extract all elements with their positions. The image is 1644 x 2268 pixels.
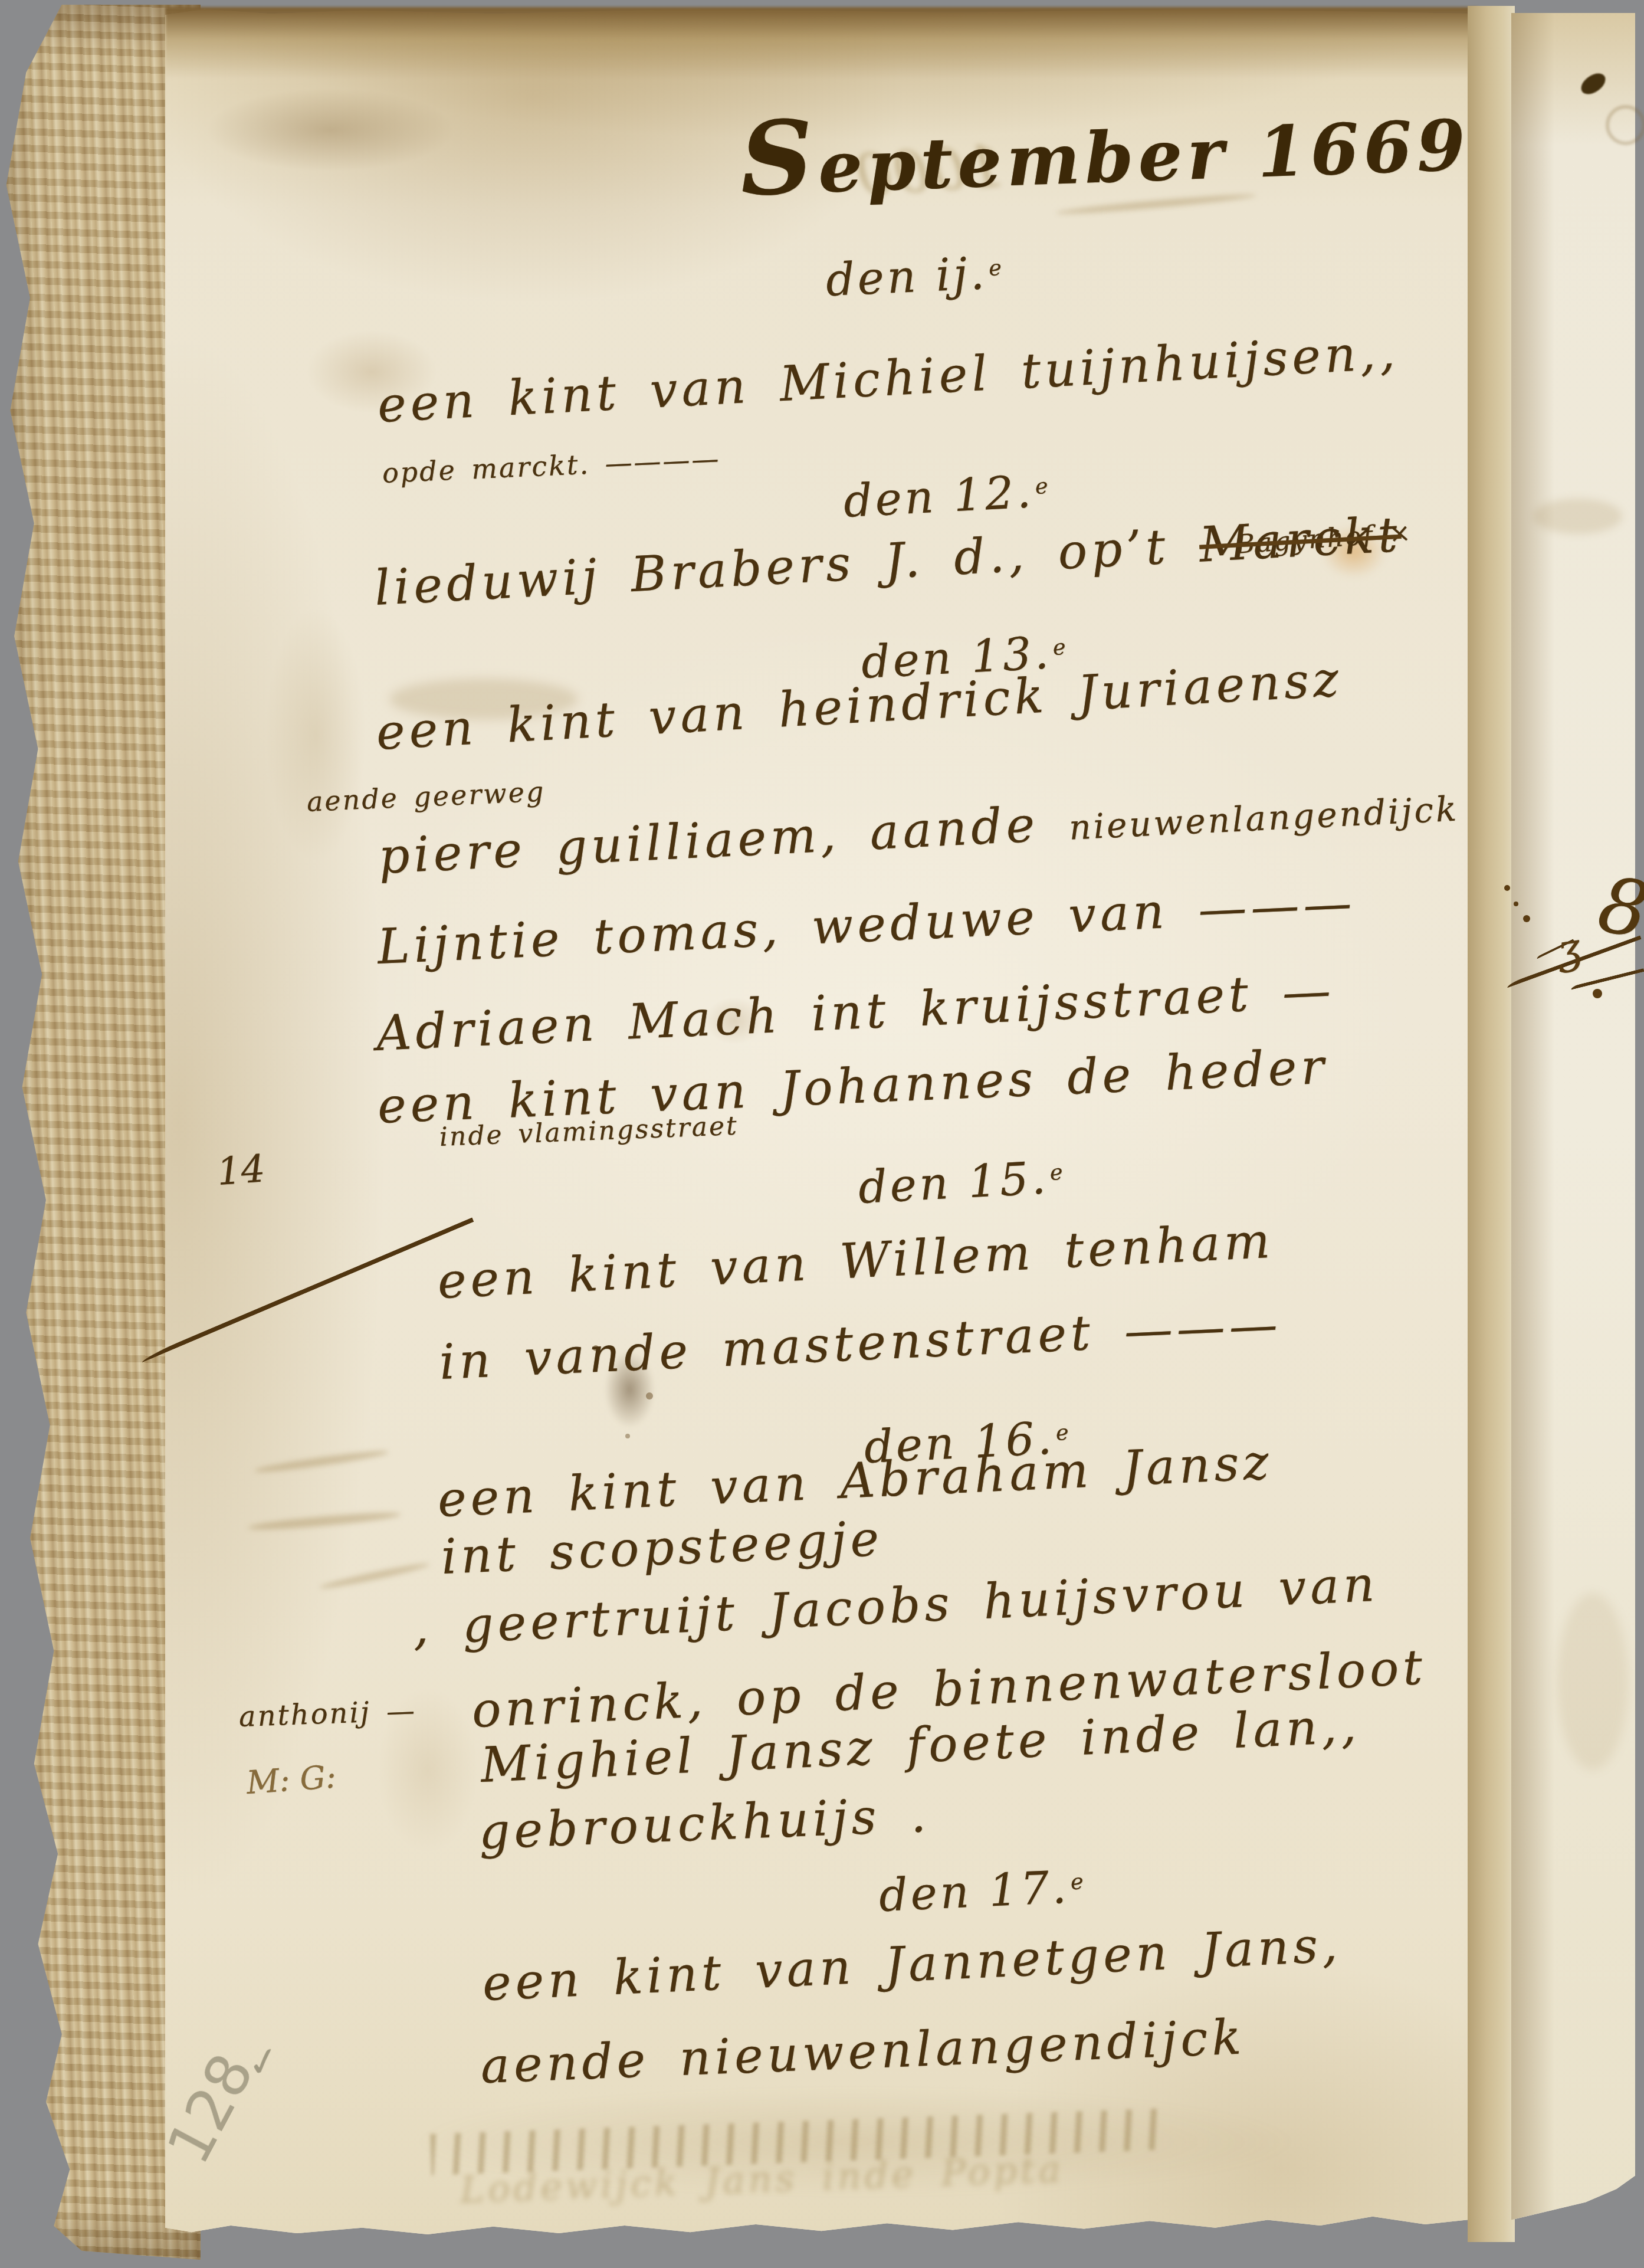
margin-note-mg: M: G:	[245, 1758, 337, 1801]
date-heading-12: den 12.e	[842, 464, 1052, 527]
ink-speck	[1504, 885, 1510, 891]
margin-number-14: 14	[215, 1147, 266, 1194]
ink-speck	[1523, 915, 1530, 922]
date-text: den 12.	[842, 465, 1035, 527]
date-heading-11: den ij.e	[825, 246, 1006, 306]
ink-speck	[1514, 902, 1518, 906]
page-top-edge-shadow	[165, 7, 1478, 78]
sliver-ink-ring	[1606, 105, 1644, 145]
bleedthrough-smudge	[1557, 1593, 1628, 1770]
date-text: den 15.	[857, 1151, 1050, 1214]
date-heading-15: den 15.e	[857, 1151, 1067, 1214]
date-heading-17: den 17.e	[878, 1860, 1088, 1922]
manuscript-scan: 1000 Lodewijck Jans inde Popta September…	[0, 0, 1644, 2268]
margin-note-anthonij: anthonij —	[238, 1695, 417, 1733]
date-superscript: e	[1070, 1869, 1087, 1895]
bleedthrough-smudge	[1534, 499, 1622, 534]
date-superscript: e	[1049, 1159, 1067, 1185]
facing-page-edge	[1511, 13, 1635, 2224]
date-text: den 17.	[878, 1860, 1070, 1922]
date-superscript: e	[1055, 1420, 1072, 1446]
gutter-crease	[1468, 6, 1515, 2242]
stain	[265, 608, 366, 861]
ink-speck	[625, 1434, 630, 1438]
sliver-ink-dot	[1593, 989, 1602, 998]
date-superscript: e	[988, 255, 1005, 281]
date-superscript: e	[1052, 634, 1069, 660]
ink-speck	[646, 1392, 653, 1400]
date-superscript: e	[1035, 473, 1052, 499]
date-text: den ij.	[825, 247, 988, 306]
struck-word: Marckt	[1198, 507, 1403, 573]
stain	[206, 89, 454, 171]
